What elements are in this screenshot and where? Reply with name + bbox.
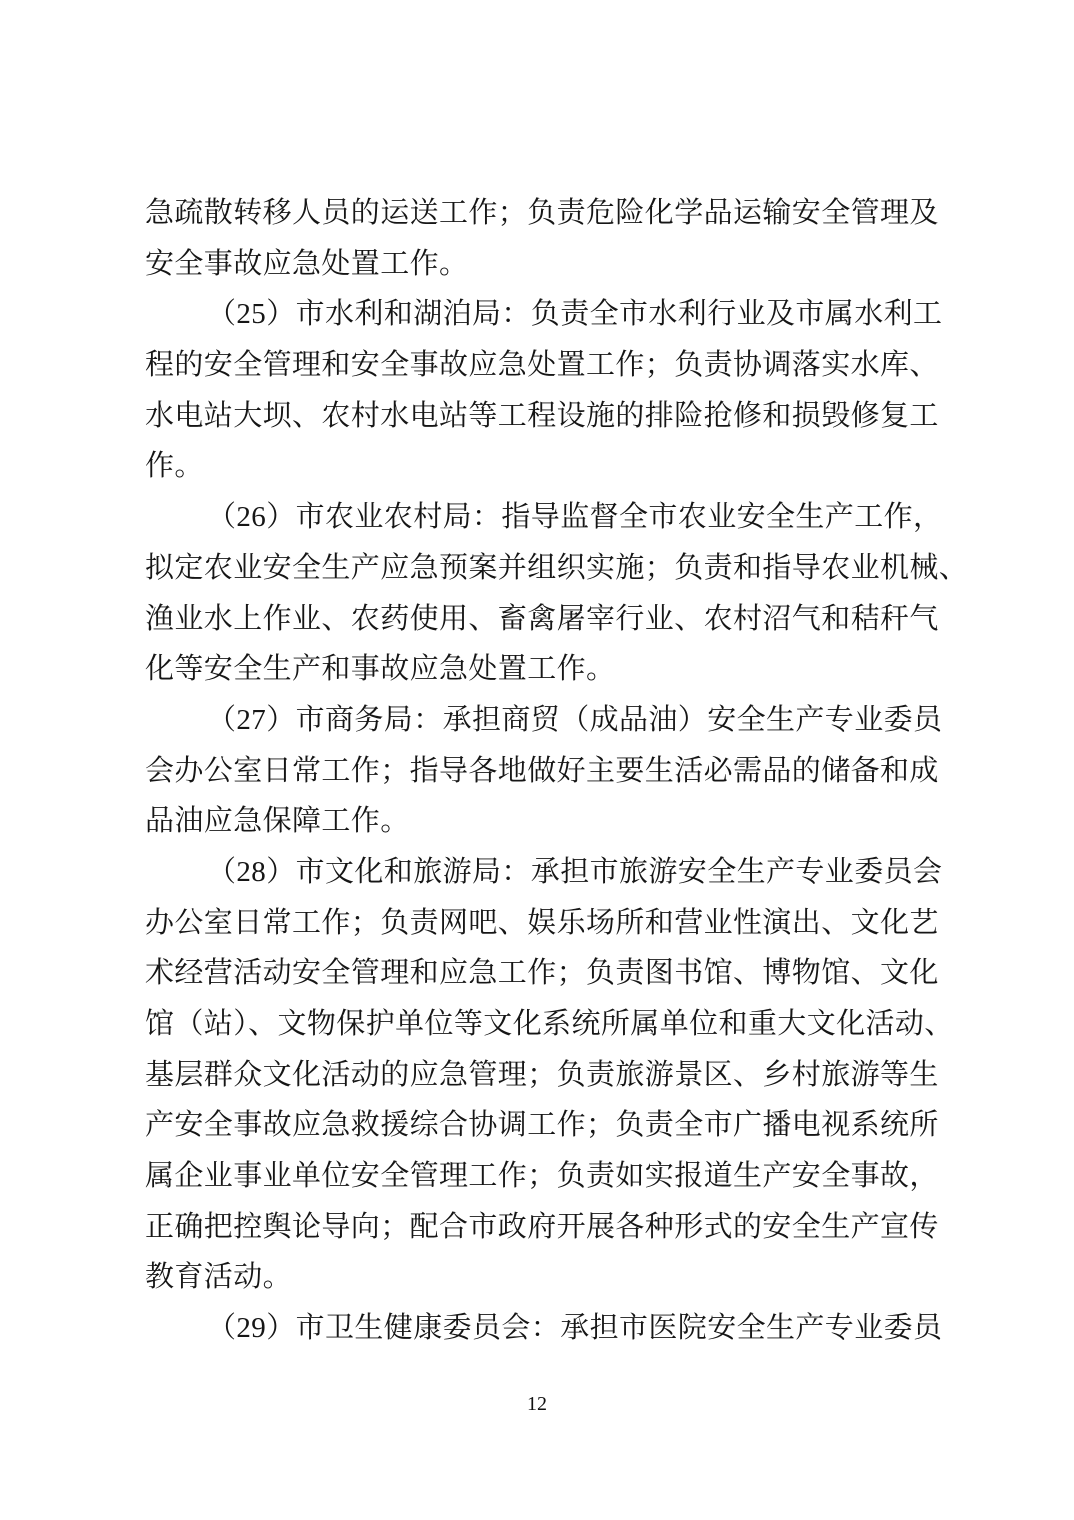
text-line: 术经营活动安全管理和应急工作；负责图书馆、博物馆、文化 — [145, 948, 943, 999]
document-page: 急疏散转移人员的运送工作；负责危险化学品运输安全管理及 安全事故应急处置工作。 … — [0, 0, 1074, 1520]
text-line: 品油应急保障工作。 — [145, 796, 943, 847]
text-line: 作。 — [145, 441, 943, 492]
text-line: 教育活动。 — [145, 1252, 943, 1303]
text-line: 属企业事业单位安全管理工作；负责如实报道生产安全事故， — [145, 1151, 943, 1202]
text-line: 渔业水上作业、农药使用、畜禽屠宰行业、农村沼气和秸秆气 — [145, 594, 943, 645]
text-line-paragraph-start-26: （26）市农业农村局：指导监督全市农业安全生产工作， — [145, 492, 943, 543]
page-number: 12 — [0, 1392, 1074, 1416]
document-body-text: 急疏散转移人员的运送工作；负责危险化学品运输安全管理及 安全事故应急处置工作。 … — [145, 188, 943, 1354]
text-line: 程的安全管理和安全事故应急处置工作；负责协调落实水库、 — [145, 340, 943, 391]
text-line: 水电站大坝、农村水电站等工程设施的排险抢修和损毁修复工 — [145, 391, 943, 442]
text-line: 正确把控舆论导向；配合市政府开展各种形式的安全生产宣传 — [145, 1202, 943, 1253]
text-line: 安全事故应急处置工作。 — [145, 239, 943, 290]
text-line-paragraph-start-25: （25）市水利和湖泊局：负责全市水利行业及市属水利工 — [145, 289, 943, 340]
text-line: 会办公室日常工作；指导各地做好主要生活必需品的储备和成 — [145, 746, 943, 797]
text-line-paragraph-start-29: （29）市卫生健康委员会：承担市医院安全生产专业委员 — [145, 1303, 943, 1354]
text-line: 办公室日常工作；负责网吧、娱乐场所和营业性演出、文化艺 — [145, 898, 943, 949]
text-line-paragraph-start-27: （27）市商务局：承担商贸（成品油）安全生产专业委员 — [145, 695, 943, 746]
text-line: 拟定农业安全生产应急预案并组织实施；负责和指导农业机械、 — [145, 543, 943, 594]
text-line: 化等安全生产和事故应急处置工作。 — [145, 644, 943, 695]
text-line: 产安全事故应急救援综合协调工作；负责全市广播电视系统所 — [145, 1100, 943, 1151]
text-line: 急疏散转移人员的运送工作；负责危险化学品运输安全管理及 — [145, 188, 943, 239]
text-line: 基层群众文化活动的应急管理；负责旅游景区、乡村旅游等生 — [145, 1050, 943, 1101]
text-line-paragraph-start-28: （28）市文化和旅游局：承担市旅游安全生产专业委员会 — [145, 847, 943, 898]
text-line: 馆（站）、文物保护单位等文化系统所属单位和重大文化活动、 — [145, 999, 943, 1050]
